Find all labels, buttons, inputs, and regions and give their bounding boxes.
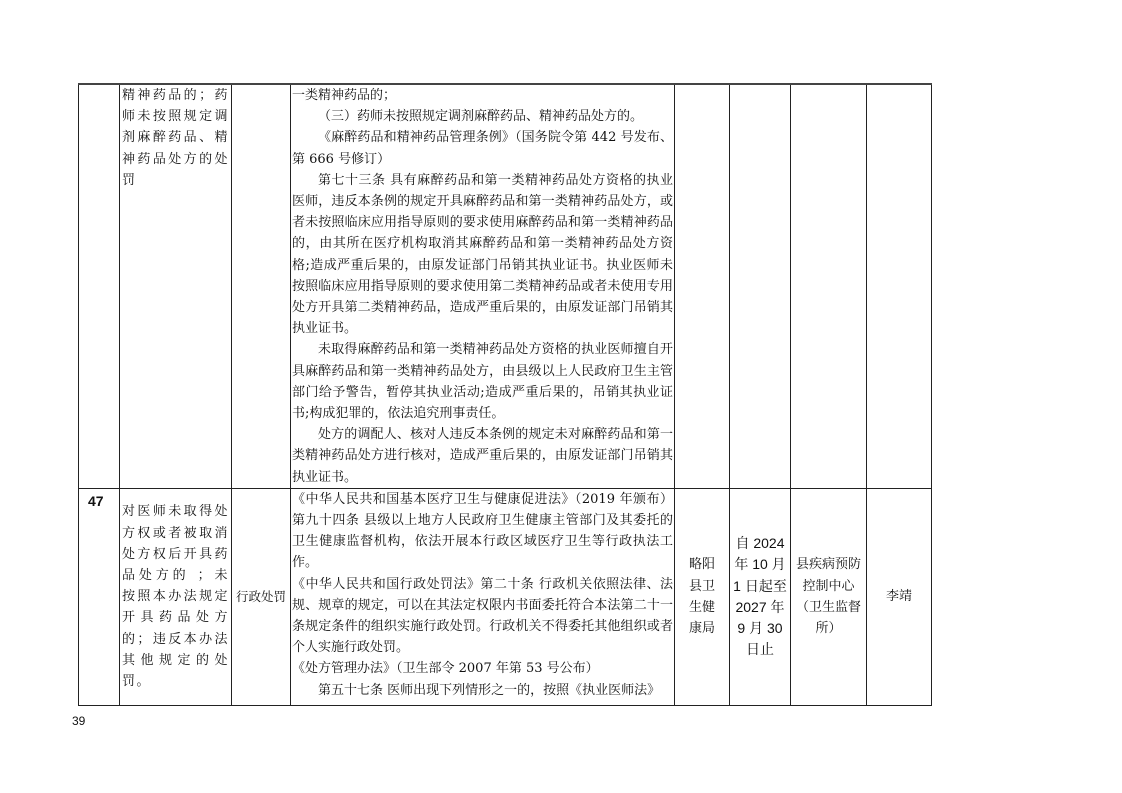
person-text: 李靖 — [867, 586, 931, 607]
basis-paragraph: 《处方管理办法》（卫生部令 2007 年第 53 号公布） — [291, 658, 674, 679]
item-cell: 精神药品的；药师未按照规定调剂麻醉药品、精神药品处方的处罚 — [120, 84, 232, 488]
basis-paragraph: 未取得麻醉药品和第一类精神药品处方资格的执业医师擅自开具麻醉药品和第一类精神药品… — [291, 339, 674, 424]
item-text: 精神药品的；药师未按照规定调剂麻醉药品、精神药品处方的处罚 — [120, 85, 231, 191]
item-text: 对医师未取得处方权或者被取消处方权后开具药品处方的 ；未按照本办法规定开具药品处… — [120, 501, 231, 692]
basis-cell: 一类精神药品的； （三）药师未按照规定调剂麻醉药品、精神药品处方的。 《麻醉药品… — [291, 84, 675, 488]
type-cell: 行政处罚 — [232, 488, 291, 705]
executor-cell — [791, 84, 867, 488]
row-number: 47 — [79, 489, 119, 512]
row-number-cell: 47 — [79, 488, 120, 705]
basis-cell: 《中华人民共和国基本医疗卫生与健康促进法》（2019 年颁布）第九十四条 县级以… — [291, 488, 675, 705]
executor-text: 县疾病预防控制中心（卫生监督所） — [791, 554, 866, 639]
table-row: 精神药品的；药师未按照规定调剂麻醉药品、精神药品处方的处罚 一类精神药品的； （… — [79, 84, 932, 488]
organ-text: 略阳县卫生健康局 — [675, 554, 729, 639]
executor-cell: 县疾病预防控制中心（卫生监督所） — [791, 488, 867, 705]
organ-cell: 略阳县卫生健康局 — [675, 488, 730, 705]
period-cell — [730, 84, 791, 488]
item-cell: 对医师未取得处方权或者被取消处方权后开具药品处方的 ；未按照本办法规定开具药品处… — [120, 488, 232, 705]
enforcement-table: 精神药品的；药师未按照规定调剂麻醉药品、精神药品处方的处罚 一类精神药品的； （… — [78, 83, 932, 706]
organ-cell — [675, 84, 730, 488]
page-number: 39 — [72, 714, 85, 728]
table-row: 47 对医师未取得处方权或者被取消处方权后开具药品处方的 ；未按照本办法规定开具… — [79, 488, 932, 705]
row-number-cell — [79, 84, 120, 488]
basis-paragraph: 一类精神药品的； — [291, 85, 674, 106]
basis-paragraph: 第七十三条 具有麻醉药品和第一类精神药品处方资格的执业医师，违反本条例的规定开具… — [291, 170, 674, 340]
type-cell — [232, 84, 291, 488]
period-text: 自 2024 年 10 月 1 日起至 2027 年 9 月 30 日止 — [730, 533, 790, 660]
basis-paragraph: 第五十七条 医师出现下列情形之一的，按照《执业医师法》 — [291, 680, 674, 701]
basis-paragraph: 《中华人民共和国行政处罚法》第二十条 行政机关依照法律、法规、规章的规定，可以在… — [291, 574, 674, 659]
basis-paragraph: （三）药师未按照规定调剂麻醉药品、精神药品处方的。 — [291, 106, 674, 127]
period-cell: 自 2024 年 10 月 1 日起至 2027 年 9 月 30 日止 — [730, 488, 791, 705]
person-cell: 李靖 — [867, 488, 932, 705]
basis-paragraph: 《中华人民共和国基本医疗卫生与健康促进法》（2019 年颁布）第九十四条 县级以… — [291, 489, 674, 574]
basis-paragraph: 处方的调配人、核对人违反本条例的规定未对麻醉药品和第一类精神药品处方进行核对，造… — [291, 424, 674, 488]
basis-paragraph: 《麻醉药品和精神药品管理条例》（国务院令第 442 号发布、第 666 号修订） — [291, 127, 674, 169]
type-text: 行政处罚 — [232, 586, 290, 607]
person-cell — [867, 84, 932, 488]
